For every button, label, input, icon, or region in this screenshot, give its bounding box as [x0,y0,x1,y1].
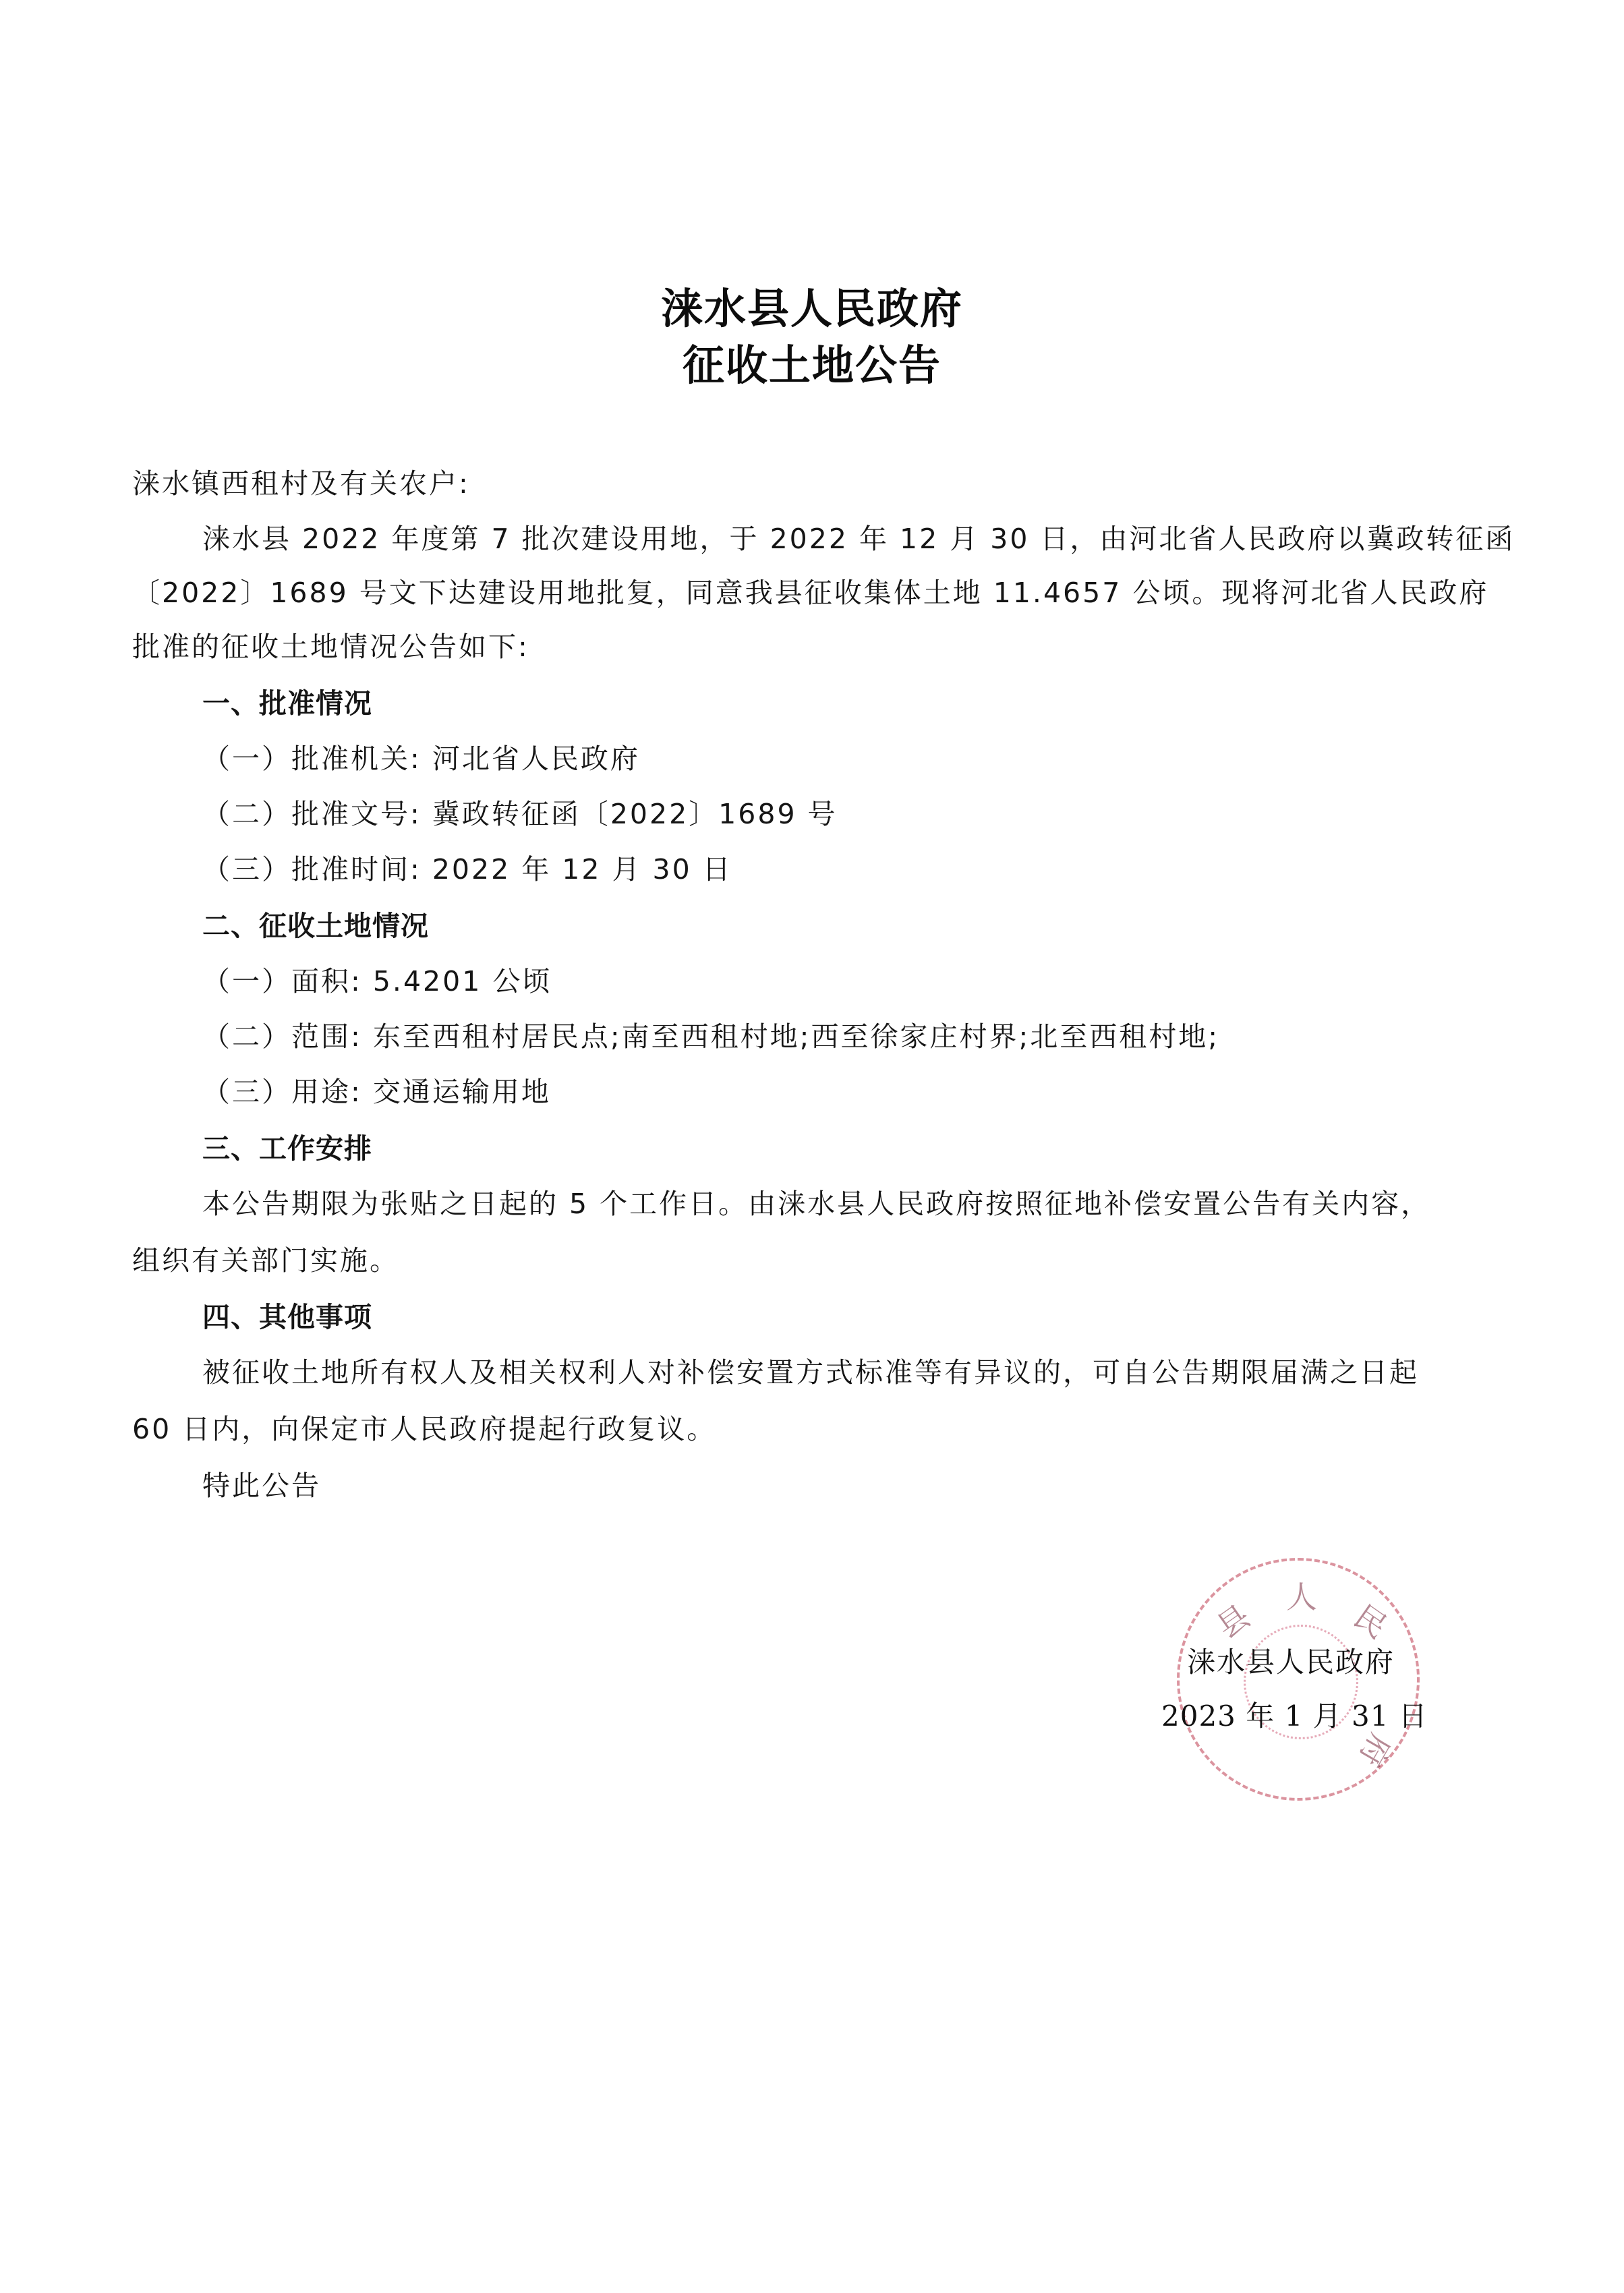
seal-char: 民 [1346,1593,1397,1647]
other-paragraph-line-2: 60 日内，向保定市人民政府提起行政复议。 [132,1407,716,1447]
addressee: 涞水镇西租村及有关农户: [132,461,470,501]
work-paragraph-line-2: 组织有关部门实施。 [132,1238,399,1278]
approval-authority: （一）批准机关: 河北省人民政府 [202,736,640,776]
closing-phrase: 特此公告 [202,1463,321,1503]
signature-date: 2023 年 1 月 31 日 [1161,1694,1428,1735]
signature-organization: 涞水县人民政府 [1187,1640,1395,1681]
document-title-issuer: 涞水县人民政府 [0,275,1624,335]
intro-line-1: 涞水县 2022 年度第 7 批次建设用地，于 2022 年 12 月 30 日… [202,517,1515,556]
other-paragraph-line-1: 被征收土地所有权人及相关权利人对补偿安置方式标准等有异议的，可自公告期限届满之日… [202,1350,1419,1390]
intro-line-2: 〔2022〕1689 号文下达建设用地批复，同意我县征收集体土地 11.4657… [132,571,1488,610]
intro-line-3: 批准的征收土地情况公告如下: [132,625,529,664]
approval-date: （三）批准时间: 2022 年 12 月 30 日 [202,847,732,887]
section-heading-work: 三、工作安排 [202,1126,372,1166]
land-boundaries: （二）范围: 东至西租村居民点;南至西租村地;西至徐家庄村界;北至西租村地; [202,1014,1219,1054]
section-heading-other: 四、其他事项 [202,1295,372,1335]
approval-document-number: （二）批准文号: 冀政转征函〔2022〕1689 号 [202,792,838,832]
section-heading-land: 二、征收土地情况 [202,904,429,944]
land-use: （三）用途: 交通运输用地 [202,1070,551,1109]
section-heading-approval: 一、批准情况 [202,681,372,721]
work-paragraph-line-1: 本公告期限为张贴之日起的 5 个工作日。由涞水县人民政府按照征地补偿安置公告有关… [202,1182,1430,1221]
seal-char: 县 [1207,1593,1258,1647]
seal-char: 人 [1286,1573,1317,1617]
land-area: （一）面积: 5.4201 公顷 [202,959,552,999]
document-page: 涞水县人民政府 征收土地公告 涞水镇西租村及有关农户: 涞水县 2022 年度第… [0,0,1624,2293]
document-title-subject: 征收土地公告 [0,332,1624,392]
